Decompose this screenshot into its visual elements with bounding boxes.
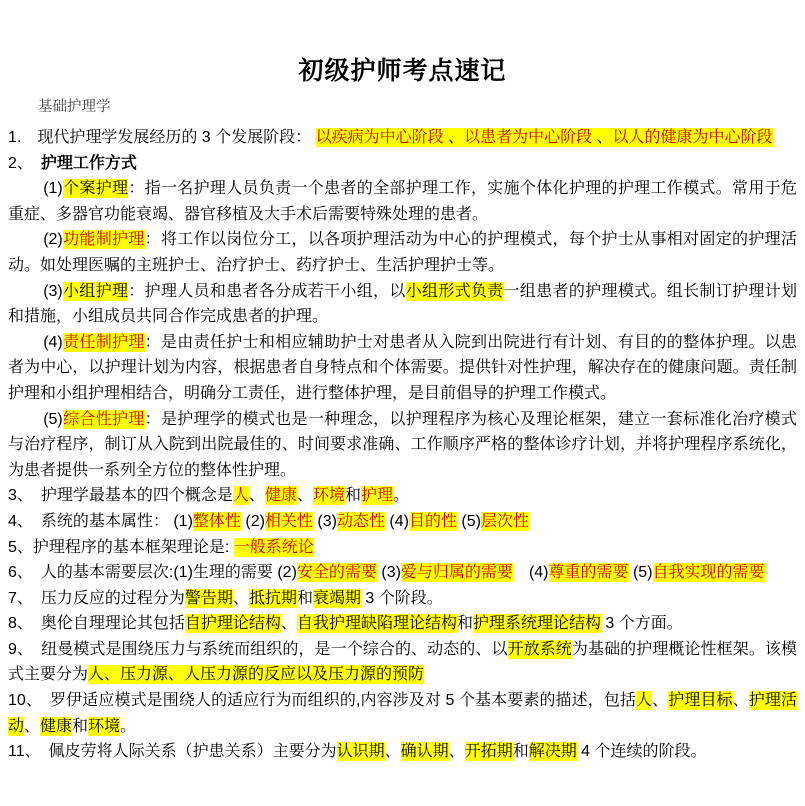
item-4: 4、 系统的基本属性： (1)整体性 (2)相关性 (3)动态性 (4)目的性 … — [8, 509, 797, 535]
highlighted-text: 健康 — [265, 486, 297, 505]
text-run: ：护理人员和患者各分成若干小组，以 — [128, 283, 405, 300]
text-run: 和 — [457, 615, 473, 632]
text-run: 和 — [297, 590, 313, 607]
highlighted-text: 解决期 — [529, 742, 577, 761]
highlighted-text: 认识期 — [337, 742, 385, 761]
text-run: 2、 — [8, 155, 41, 172]
text-run: 、 — [385, 743, 401, 760]
text-run: 4、 系统的基本属性： (1) — [8, 513, 193, 530]
highlighted-text: 衰竭期 — [313, 589, 361, 608]
highlighted-text: 开拓期 — [465, 742, 513, 761]
item-2-sub-3: (3)小组护理：护理人员和患者各分成若干小组，以小组形式负责一组患者的护理模式。… — [8, 279, 797, 330]
highlighted-text: 人、压力源、人压力源的反应以及压力源的预防 — [88, 665, 424, 684]
text-run: 1. 现代护理学发展经历的 3 个发展阶段： — [8, 129, 316, 146]
text-run: (5) — [629, 564, 653, 581]
highlighted-text: 环境 — [313, 486, 345, 505]
highlighted-text: 层次性 — [481, 512, 529, 531]
highlighted-text: 爱与归属的需要 — [401, 563, 513, 582]
text-run: 、 — [733, 692, 749, 709]
highlighted-text: 、 — [592, 128, 612, 147]
text-run: (2) — [43, 231, 63, 248]
item-2-heading: 2、 护理工作方式 — [8, 151, 797, 177]
highlighted-text: 目的性 — [409, 512, 457, 531]
highlighted-text: 抵抗期 — [249, 589, 297, 608]
item-3: 3、 护理学最基本的四个概念是人、健康、环境和护理。 — [8, 483, 797, 509]
item-8: 8、 奥伦自理理论其包括自护理论结构、自我护理缺陷理论结构和护理系统理论结构 3… — [8, 611, 797, 637]
highlighted-text: 责任制护理 — [63, 333, 145, 352]
text-run: (2) — [241, 513, 265, 530]
text-run: (3) — [313, 513, 337, 530]
text-run: 护理工作方式 — [41, 155, 137, 172]
text-run: 、 — [233, 590, 249, 607]
item-5: 5、护理程序的基本框架理论是: 一般系统论 — [8, 535, 797, 561]
highlighted-text: 、 — [444, 128, 464, 147]
document-body: 1. 现代护理学发展经历的 3 个发展阶段： 以疾病为中心阶段 、以患者为中心阶… — [8, 125, 797, 765]
text-run: (5) — [43, 411, 63, 428]
text-run: 11、 佩皮劳将人际关系（护患关系）主要分为 — [8, 743, 337, 760]
highlighted-text: 环境 — [88, 717, 120, 736]
highlighted-text: 小组形式负责 — [406, 282, 504, 301]
item-2-sub-2: (2)功能制护理：将工作以岗位分工，以各项护理活动为中心的护理模式，每个护士从事… — [8, 227, 797, 278]
highlighted-text: 一般系统论 — [234, 538, 314, 557]
text-run: (4) — [513, 564, 549, 581]
page-title: 初级护师考点速记 — [8, 56, 797, 88]
text-run: 、 — [449, 743, 465, 760]
highlighted-text: 综合性护理 — [63, 410, 145, 429]
text-run: 9、 纽曼模式是围绕压力与系统而组织的，是一个综合的、动态的、以 — [8, 641, 508, 658]
text-run: 和 — [513, 743, 529, 760]
highlighted-text: 整体性 — [193, 512, 241, 531]
highlighted-text: 护理目标 — [668, 691, 732, 710]
text-run: 、 — [297, 487, 313, 504]
text-run: 和 — [345, 487, 361, 504]
text-run: 、 — [652, 692, 668, 709]
highlighted-text: 护理系统理论结构 — [473, 614, 601, 633]
item-6: 6、 人的基本需要层次:(1)生理的需要 (2)安全的需要 (3)爱与归属的需要… — [8, 560, 797, 586]
highlighted-text: 尊重的需要 — [549, 563, 629, 582]
text-run: 8、 奥伦自理理论其包括 — [8, 615, 185, 632]
highlighted-text: 以患者为中心阶段 — [464, 128, 592, 147]
text-run: (4) — [43, 334, 63, 351]
highlighted-text: 相关性 — [265, 512, 313, 531]
text-run: (4) — [385, 513, 409, 530]
highlighted-text: 自我实现的需要 — [653, 563, 765, 582]
highlighted-text: 功能制护理 — [63, 230, 145, 249]
item-2-sub-1: (1)个案护理：指一名护理人员负责一个患者的全部护理工作，实施个体化护理的护理工… — [8, 176, 797, 227]
text-run: 。 — [393, 487, 409, 504]
text-run: 6、 人的基本需要层次:(1)生理的需要 (2) — [8, 564, 297, 581]
item-1: 1. 现代护理学发展经历的 3 个发展阶段： 以疾病为中心阶段 、以患者为中心阶… — [8, 125, 797, 151]
item-11: 11、 佩皮劳将人际关系（护患关系）主要分为认识期、确认期、开拓期和解决期 4 … — [8, 739, 797, 765]
section-label: 基础护理学 — [38, 98, 797, 116]
item-7: 7、 压力反应的过程分为警告期、抵抗期和衰竭期 3 个阶段。 — [8, 586, 797, 612]
item-2-sub-4: (4)责任制护理：是由责任护士和相应辅助护士对患者从入院到出院进行有计划、有目的… — [8, 330, 797, 407]
highlighted-text: 小组护理 — [63, 282, 129, 301]
text-run: 、 — [281, 615, 297, 632]
highlighted-text: 人 — [233, 486, 249, 505]
text-run: 3 个方面。 — [601, 615, 683, 632]
highlighted-text: 以人的健康为中心阶段 — [613, 128, 773, 147]
item-2-sub-5: (5)综合性护理：是护理学的模式也是一种理念，以护理程序为核心及理论框架，建立一… — [8, 407, 797, 484]
item-10: 10、 罗伊适应模式是围绕人的适应行为而组织的,内容涉及对 5 个基本要素的描述… — [8, 688, 797, 739]
text-run: 和 — [72, 718, 88, 735]
text-run: 3、 护理学最基本的四个概念是 — [8, 487, 233, 504]
highlighted-text: 个案护理 — [63, 179, 129, 198]
text-run: 、 — [24, 718, 40, 735]
document-page: 初级护师考点速记 基础护理学 1. 现代护理学发展经历的 3 个发展阶段： 以疾… — [0, 0, 805, 806]
highlighted-text: 动态性 — [337, 512, 385, 531]
text-run: (3) — [377, 564, 401, 581]
text-run: 3 个阶段。 — [361, 590, 443, 607]
highlighted-text: 健康 — [40, 717, 72, 736]
highlighted-text: 自我护理缺陷理论结构 — [297, 614, 457, 633]
highlighted-text: 护理 — [361, 486, 393, 505]
highlighted-text: 以疾病为中心阶段 — [316, 128, 444, 147]
highlighted-text: 确认期 — [401, 742, 449, 761]
text-run: (1) — [43, 180, 63, 197]
highlighted-text: 人 — [636, 691, 652, 710]
item-9: 9、 纽曼模式是围绕压力与系统而组织的，是一个综合的、动态的、以开放系统为基础的… — [8, 637, 797, 688]
highlighted-text: 自护理论结构 — [185, 614, 281, 633]
text-run: 、 — [249, 487, 265, 504]
highlighted-text: 开放系统 — [508, 640, 572, 659]
text-run: (5) — [457, 513, 481, 530]
text-run: (3) — [43, 283, 63, 300]
text-run: 7、 压力反应的过程分为 — [8, 590, 185, 607]
highlighted-text: 警告期 — [185, 589, 233, 608]
highlighted-text: 安全的需要 — [297, 563, 377, 582]
text-run: 4 个连续的阶段。 — [577, 743, 707, 760]
text-run: 。 — [120, 718, 136, 735]
text-run: 10、 罗伊适应模式是围绕人的适应行为而组织的,内容涉及对 5 个基本要素的描述… — [8, 692, 636, 709]
text-run: 5、护理程序的基本框架理论是: — [8, 539, 234, 556]
